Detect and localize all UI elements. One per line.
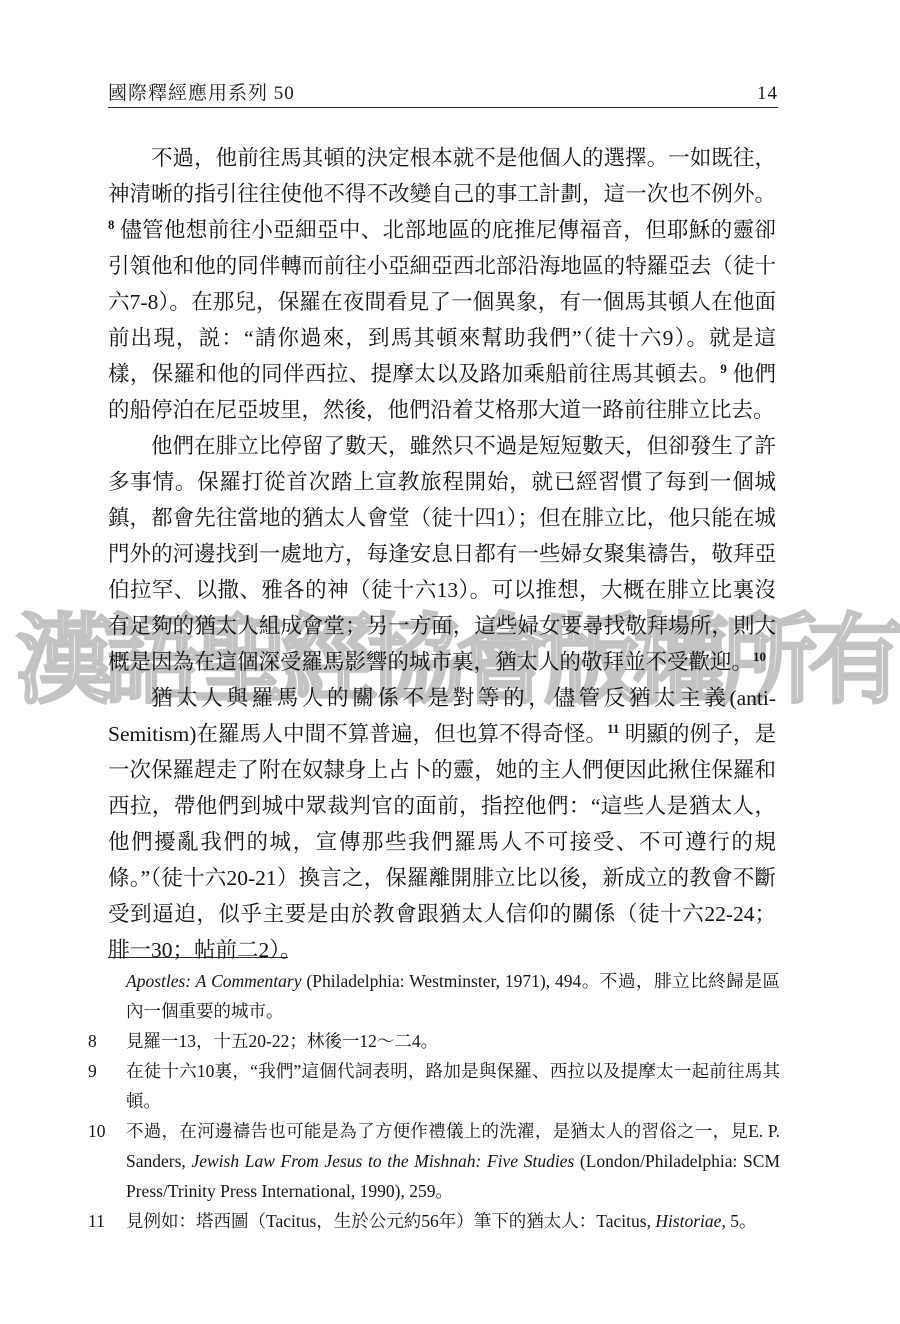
page-number: 14 bbox=[757, 83, 778, 105]
series-title: 國際釋經應用系列 50 bbox=[108, 78, 295, 105]
footnote-ref: 10 bbox=[753, 650, 766, 664]
footnote-text: 見羅一13，十五20-22；林後一12～二4。 bbox=[126, 1026, 780, 1056]
text-run: 見羅一13，十五20-22；林後一12～二4。 bbox=[126, 1031, 438, 1051]
page-header: 國際釋經應用系列 50 14 bbox=[108, 78, 778, 105]
header-rule bbox=[108, 107, 778, 108]
text-run: , 5。 bbox=[721, 1211, 756, 1231]
footnote-item: 11見例如：塔西圖（Tacitus，生於公元約56年）筆下的猶太人：Tacitu… bbox=[88, 1206, 780, 1236]
book-page: 漢語聖經協會版權所有 國際釋經應用系列 50 14 不過，他前往馬其頓的決定根本… bbox=[0, 0, 900, 1324]
footnote-number: 9 bbox=[88, 1056, 126, 1086]
italic-title: Apostles: A Commentary bbox=[126, 971, 301, 991]
footnote-ref: 11 bbox=[607, 722, 619, 736]
body-paragraph: 他們在腓立比停留了數天，雖然只不過是短短數天，但卻發生了許多事情。保羅打從首次踏… bbox=[108, 428, 776, 680]
footnote-text: 不過，在河邊禱告也可能是為了方便作禮儀上的洗濯，是猶太人的習俗之一，見E. P.… bbox=[126, 1116, 780, 1206]
text-run: 見例如：塔西圖（Tacitus，生於公元約56年）筆下的猶太人：Tacitus, bbox=[126, 1211, 655, 1231]
footnote-item: Apostles: A Commentary (Philadelphia: We… bbox=[88, 966, 780, 1026]
footnote-text: Apostles: A Commentary (Philadelphia: We… bbox=[126, 966, 780, 1026]
footnote-number: 11 bbox=[88, 1206, 126, 1236]
footnote-number: 10 bbox=[88, 1116, 126, 1146]
italic-title: Historiae bbox=[655, 1211, 721, 1231]
text-run: 明顯的例子，是一次保羅趕走了附在奴隸身上占卜的靈，她的主人們便因此揪住保羅和西拉… bbox=[108, 722, 776, 962]
text-run: 他們在腓立比停留了數天，雖然只不過是短短數天，但卻發生了許多事情。保羅打從首次踏… bbox=[108, 434, 776, 674]
footnote-text: 見例如：塔西圖（Tacitus，生於公元約56年）筆下的猶太人：Tacitus,… bbox=[126, 1206, 780, 1236]
body-text: 不過，他前往馬其頓的決定根本就不是他個人的選擇。一如既往，神清晰的指引往往使他不… bbox=[108, 140, 776, 968]
text-run: 不過，他前往馬其頓的決定根本就不是他個人的選擇。一如既往，神清晰的指引往往使他不… bbox=[108, 146, 776, 206]
footnote-number: 8 bbox=[88, 1026, 126, 1056]
body-paragraph: 不過，他前往馬其頓的決定根本就不是他個人的選擇。一如既往，神清晰的指引往往使他不… bbox=[108, 140, 776, 428]
footnote-block: Apostles: A Commentary (Philadelphia: We… bbox=[88, 966, 780, 1236]
text-run: 儘管他想前往小亞細亞中、北部地區的庇推尼傳福音，但耶穌的靈卻引領他和他的同伴轉而… bbox=[108, 218, 776, 386]
footnote-item: 8見羅一13，十五20-22；林後一12～二4。 bbox=[88, 1026, 780, 1056]
footnote-text: 在徒十六10裏，“我們”這個代詞表明，路加是與保羅、西拉以及提摩太一起前往馬其頓… bbox=[126, 1056, 780, 1116]
footnote-item: 10不過，在河邊禱告也可能是為了方便作禮儀上的洗濯，是猶太人的習俗之一，見E. … bbox=[88, 1116, 780, 1206]
footnote-item: 9在徒十六10裏，“我們”這個代詞表明，路加是與保羅、西拉以及提摩太一起前往馬其… bbox=[88, 1056, 780, 1116]
body-paragraph: 猶太人與羅馬人的關係不是對等的，儘管反猶太主義(anti-Semitism)在羅… bbox=[108, 680, 776, 968]
italic-title: Jewish Law From Jesus to the Mishnah: Fi… bbox=[191, 1151, 574, 1171]
text-run: 在徒十六10裏，“我們”這個代詞表明，路加是與保羅、西拉以及提摩太一起前往馬其頓… bbox=[126, 1061, 780, 1111]
